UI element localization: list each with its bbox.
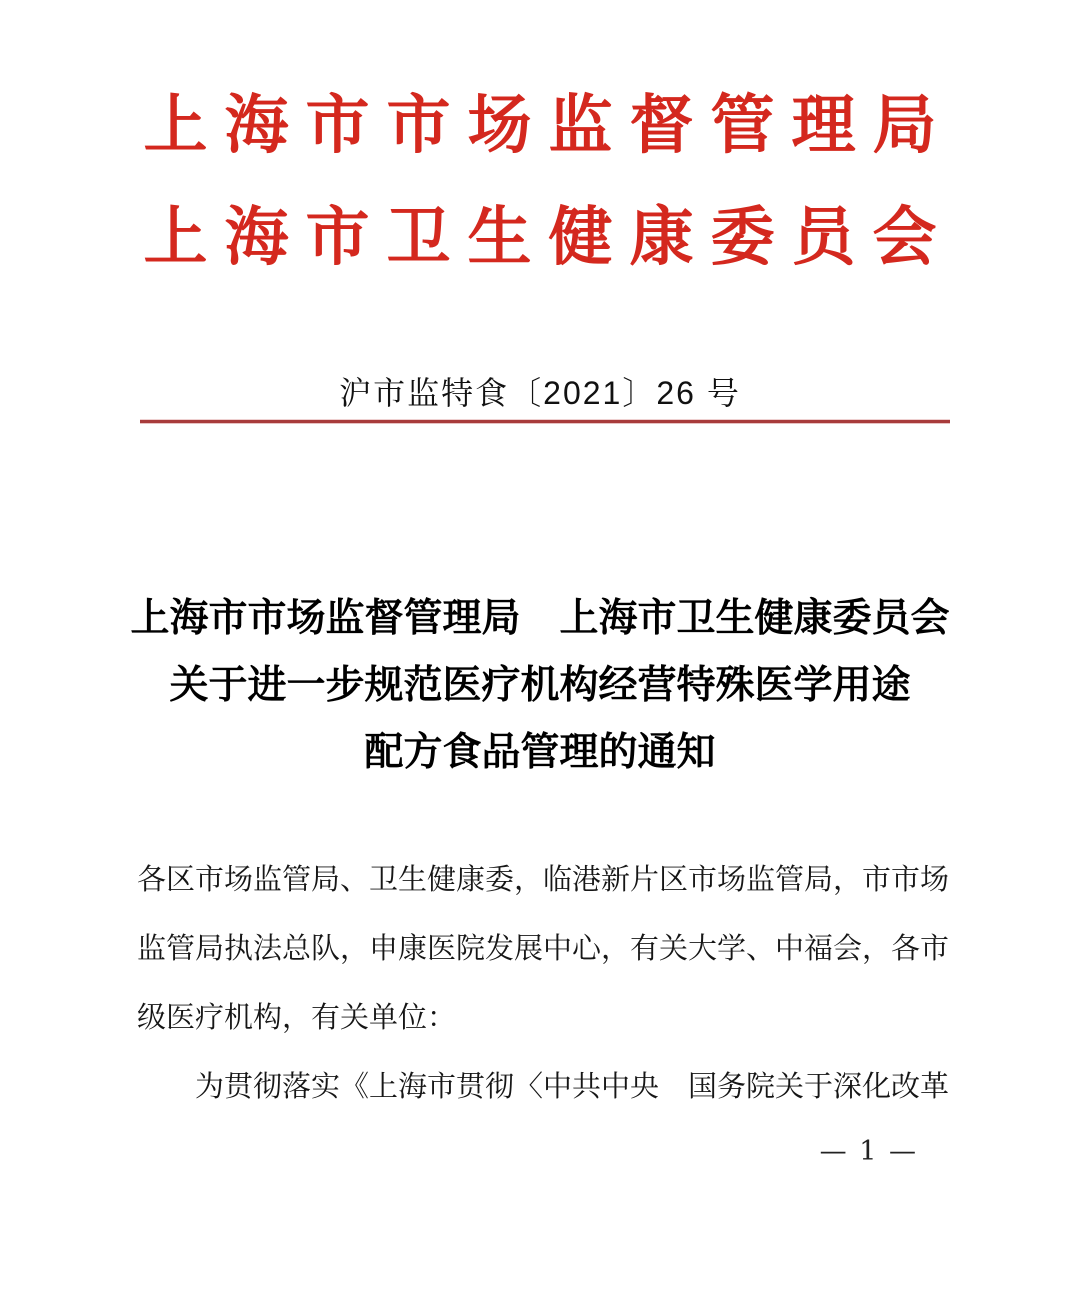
recipient-line3: 级医疗机构，有关单位： <box>137 984 951 1053</box>
document-body: 各区市场监管局、卫生健康委，临港新片区市场监管局，市市场 监管局执法总队，申康医… <box>137 846 951 1122</box>
body-paragraph-line1: 为贯彻落实《上海市贯彻〈中共中央 国务院关于深化改革 <box>137 1053 951 1122</box>
document-title-line2: 关于进一步规范医疗机构经营特殊医学用途 <box>0 652 1080 719</box>
document-title-line1: 上海市市场监督管理局 上海市卫生健康委员会 <box>0 585 1080 652</box>
recipient-line2: 监管局执法总队，申康医院发展中心，有关大学、中福会，各市 <box>137 915 951 984</box>
document-number: 沪市监特食〔2021〕26 号 <box>0 374 1080 412</box>
page-number: — 1 — <box>820 1136 918 1168</box>
issuer-name-line2: 上海市卫生健康委员会 <box>0 200 1080 274</box>
document-title-line3: 配方食品管理的通知 <box>0 719 1080 786</box>
official-document-page: 上海市市场监督管理局 上海市卫生健康委员会 沪市监特食〔2021〕26 号 上海… <box>0 0 1080 1298</box>
document-title: 上海市市场监督管理局 上海市卫生健康委员会 关于进一步规范医疗机构经营特殊医学用… <box>0 585 1080 786</box>
issuer-name-line1: 上海市市场监督管理局 <box>0 88 1080 162</box>
recipient-line1: 各区市场监管局、卫生健康委，临港新片区市场监管局，市市场 <box>137 846 951 915</box>
red-divider-line <box>140 420 950 423</box>
